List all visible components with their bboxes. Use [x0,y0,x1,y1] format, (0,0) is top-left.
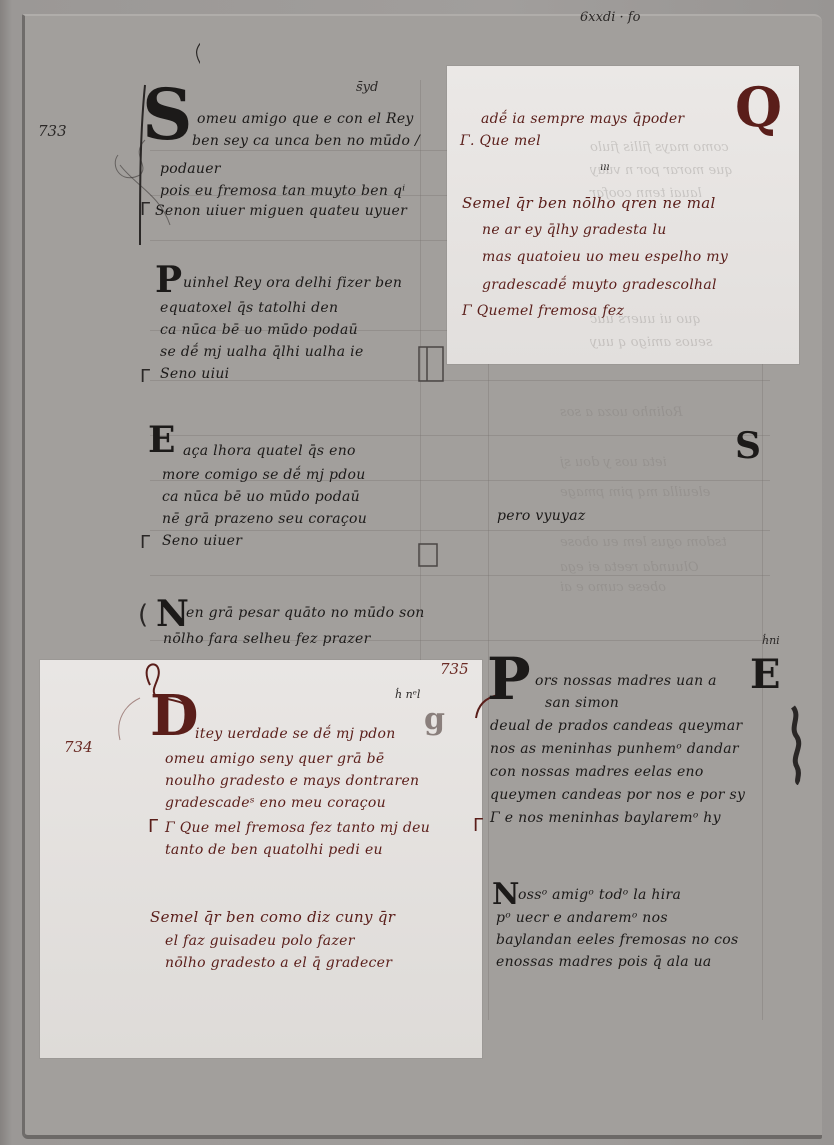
text-line: el faz guisadeu polo fazer [165,930,392,952]
text-line: Γ Que mel fremosa fez tanto mj deu [165,817,430,839]
text-line: adḗ ia sempre mays q̄poder [481,108,684,130]
paragraph-mark-icon: Γ [140,366,150,387]
text-line: gradescadḗ muyto gradescolhal [482,271,728,299]
manuscript-scan: Rolinho uoza a sos ieta uos y dou sj ele… [0,0,834,1145]
marker: ııı [600,162,610,173]
faded-initial-g: g [424,705,445,735]
bleed-through-text: tsdom ogus lem eu obose [560,535,727,550]
ruling-line [150,575,770,576]
refrain-line: Γ Que mel fremosa fez tanto mj deu tanto… [165,817,430,861]
decorated-initial-s: S [142,80,193,150]
text-line: Semel q̄r ben nōlho qren ne mal [462,192,716,214]
text-line: nos as meninhas punhemᵒ dandar [490,738,745,761]
stanza-4-text: nōlho fara selheu fez prazer [163,628,371,650]
text-line: Seno uiui [160,363,364,385]
text-line: ben sey ca unca ben no mūdo / [192,130,420,152]
cantiga-number: 735 [440,660,469,678]
refrain-line: Senon uiuer miguen quateu uyuer [155,200,407,222]
text-line: Semel q̄r ben como diz cuny q̄r [150,906,395,928]
text-line: ossᵒ amigᵒ todᵒ la hira [518,884,681,906]
refrain-line: Γ Quemel fremosa fez [462,300,624,322]
stanza-3-text: more comigo se dḗ mj pdou ca nūca bē uo … [162,464,367,552]
initial-n: N [156,596,189,632]
cantiga-735-stanza-2: pᵒ uecr e andaremᵒ nos baylandan eeles f… [496,907,738,973]
paragraph-mark-icon: Γ [148,816,158,837]
text-line: ors nossas madres uan a [535,670,717,692]
text-line: con nossas madres eelas eno [490,761,745,784]
decorated-initial-p: P [487,650,531,708]
text-line: itey uerdade se dḗ mj pdon [195,723,396,745]
initial-p: P [155,262,182,298]
initial-e: E [148,422,175,458]
cantiga-734-stanza-2-cont: el faz guisadeu polo fazer nōlho gradest… [165,930,392,974]
bleed-through-text: como mays fillis fiulo [590,140,729,155]
stanza-3-first-line: aça lhora quatel q̄s eno [183,440,356,462]
cantiga-735-first-line: ors nossas madres uan a san simon [535,670,717,714]
cantiga-733-text: omeu amigo que e con el Rey ben sey ca u… [197,108,420,152]
stanza-2-text: equatoxel q̄s tatolhi den ca nūca bē uo … [160,297,364,385]
text-line: gradescadeˢ eno meu coraçou [165,792,419,814]
ruling-line [150,435,770,436]
text-line: san simon [545,692,717,714]
text-line: nōlho fara selheu fez prazer [163,628,371,650]
decorated-initial-e: E [750,655,781,695]
text-line: pᵒ uecr e andaremᵒ nos [496,907,738,929]
folio-annotation: 6xxdi · fo [580,10,640,25]
decorated-initial-d: D [150,688,199,744]
text-line: se dḗ mj ualha q̄lhi ualha ie [160,341,364,363]
panel-top-stanza: Semel q̄r ben nōlho qren ne mal [462,192,716,214]
paragraph-mark-icon: Γ [473,815,483,836]
paragraph-mark-icon: Γ [140,532,150,553]
text-line: nē grā prazeno seu coraçou [162,508,367,530]
cantiga-734-text: omeu amigo seny quer grā bē noulho grade… [165,748,419,814]
text-line: aça lhora quatel q̄s eno [183,440,356,462]
marginal-border-decoration-icon [785,705,807,785]
marginal-note: s̄yd [356,80,378,95]
refrain-line: Γ. Que mel [460,130,541,152]
marginal-note: ḣni [762,634,780,647]
text-line: Γ. Que mel [460,130,541,152]
text-line: deual de prados candeas queymar [490,715,745,738]
cantiga-734-stanza-2: Semel q̄r ben como diz cuny q̄r [150,906,395,928]
cantiga-735-text: deual de prados candeas queymar nos as m… [490,715,745,830]
cantiga-734-first-line: itey uerdade se dḗ mj pdon [195,723,396,745]
cantiga-number: 734 [64,738,93,756]
right-mid-text: pero vyuyaz [497,505,586,527]
text-line: pero vyuyaz [497,505,586,527]
text-line: baylandan eeles fremosas no cos [496,929,738,951]
decorated-initial-s-small: S [735,428,761,464]
stanza-4-first-line: en grā pesar quāto no mūdo son [186,602,425,624]
box-mark-icon [415,540,445,570]
text-line: equatoxel q̄s tatolhi den [160,297,364,319]
panel-top-text: adḗ ia sempre mays q̄poder [481,108,684,130]
cantiga-735-stanza-2-first: ossᵒ amigᵒ todᵒ la hira [518,884,681,906]
text-line: ca nūca bē uo mūdo podaū [160,319,364,341]
text-line: more comigo se dḗ mj pdou [162,464,367,486]
text-line: tanto de ben quatolhi pedi eu [165,839,430,861]
text-line: podauer [160,158,405,180]
bleed-through-text: ieta uos y dou sj [560,455,667,470]
bracket-mark-icon: ( [138,600,148,630]
text-line: nōlho gradesto a el q̄ gradecer [165,952,392,974]
text-line: pois eu fremosa tan muyto ben qⁱ [160,180,405,202]
text-line: omeu amigo seny quer grā bē [165,748,419,770]
box-mark-icon [417,345,447,385]
text-line: enossas madres pois q̄ ala ua [496,951,738,973]
paragraph-mark-icon: Γ [140,199,150,220]
decorated-initial-q: Q [735,80,782,134]
text-line: mas quatoieu uo meu espelho my [482,243,728,271]
bleed-through-text: que morar por n vuay [590,163,733,178]
text-line: ne ar ey q̄lhy gradesta lu [482,218,728,243]
text-line: uinhel Rey ora delhi fizer ben [183,272,402,294]
bleed-through-text: obese cumo e ai [560,580,666,595]
text-line: noulho gradesto e mays dontraren [165,770,419,792]
bleed-through-text: Rolinho uoza a sos [560,405,683,420]
cantiga-733-text-cont: podauer pois eu fremosa tan muyto ben qⁱ [160,158,405,202]
text-line: Γ e nos meninhas baylaremᵒ hy [490,807,745,830]
text-line: Seno uiuer [162,530,367,552]
bleed-through-text: eleuilla mq pim pmage [560,485,710,500]
bleed-through-text: seuos amigo q uuy [590,335,712,350]
text-line: Γ Quemel fremosa fez [462,300,624,322]
text-line: omeu amigo que e con el Rey [197,108,420,130]
text-line: en grā pesar quāto no mūdo son [186,602,425,624]
initial-n-small: N [492,880,519,910]
text-line: queymen candeas por nos e por sy [490,784,745,807]
panel-top-stanza-cont: ne ar ey q̄lhy gradesta lu mas quatoieu … [482,218,728,299]
text-line: ca nūca bē uo mūdo podaū [162,486,367,508]
bleed-through-text: Oluunda reeta ei ega [560,560,699,575]
text-line: Senon uiuer miguen quateu uyuer [155,200,407,222]
marginal-note: ḣ nᵉl [395,688,420,701]
stanza-2-first-line: uinhel Rey ora delhi fizer ben [183,272,402,294]
